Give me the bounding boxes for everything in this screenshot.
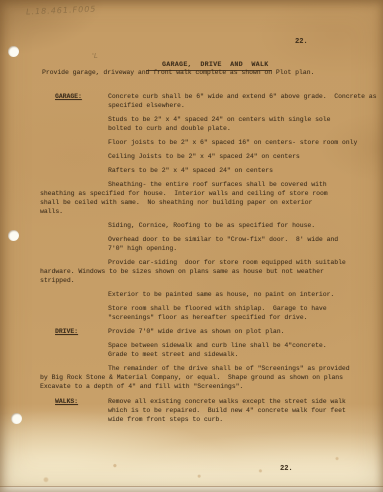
- document-line: Exterior to be painted same as house, no…: [108, 290, 383, 299]
- document-line: Overhead door to be similar to "Crow-fix…: [108, 235, 383, 244]
- document-line: Concrete curb shall be 6" wide and exten…: [108, 92, 383, 101]
- document-line: "screenings" floor as hereafter specifie…: [108, 313, 383, 322]
- document-line: wide from front steps to curb.: [108, 415, 383, 424]
- paragraph: The remainder of the drive shall be of "…: [40, 364, 383, 391]
- document-line: shall be ceiled with same. No sheathing …: [40, 198, 383, 207]
- paragraph: Store room shall be floored with shiplap…: [108, 304, 383, 322]
- page-number-top: 22.: [295, 38, 308, 47]
- spec-section: GARAGE:Concrete curb shall be 6" wide an…: [0, 92, 383, 322]
- document-line: Space between sidewalk and curb line sha…: [108, 341, 383, 350]
- punch-hole-bottom: [11, 413, 22, 424]
- document-line: Studs to be 2" x 4" spaced 24" on center…: [108, 115, 383, 124]
- handwritten-accession-note: L.18.461.F005: [26, 4, 97, 16]
- document-line: Siding, Cornice, Roofing to be as specif…: [108, 221, 383, 230]
- paragraph: Remove all existing concrete walks excep…: [108, 397, 383, 424]
- punch-hole-top: [8, 46, 19, 57]
- document-line: bolted to curb and double plate.: [108, 124, 383, 133]
- document-line: Floor joists to be 2" x 6" spaced 16" on…: [108, 138, 383, 147]
- document-line: Excavate to a depth of 4" and fill with …: [40, 382, 383, 391]
- punch-hole-middle: [8, 230, 19, 241]
- document-line: Grade to meet street and sidewalk.: [108, 350, 383, 359]
- document-sections: GARAGE:Concrete curb shall be 6" wide an…: [0, 92, 383, 429]
- section-label: WALKS:: [55, 397, 78, 406]
- document-line: Rafters to be 2" x 4" spaced 24" on cent…: [108, 166, 383, 175]
- section-label: DRIVE:: [55, 327, 78, 336]
- paragraph: Floor joists to be 2" x 6" spaced 16" on…: [108, 138, 383, 147]
- document-line: Sheathing- the entire roof surfaces shal…: [40, 180, 383, 189]
- pencil-check-mark: 'L: [92, 52, 98, 60]
- document-line: Store room shall be floored with shiplap…: [108, 304, 383, 313]
- document-line: Remove all existing concrete walks excep…: [108, 397, 383, 406]
- document-line: Provide car-siding door for store room e…: [40, 258, 383, 267]
- paragraph: Ceiling Joists to be 2" x 4" spaced 24" …: [108, 152, 383, 161]
- paragraph: Overhead door to be similar to "Crow-fix…: [108, 235, 383, 253]
- document-line: The remainder of the drive shall be of "…: [40, 364, 383, 373]
- intro-line: Provide garage, driveway and front walk …: [42, 68, 314, 77]
- paragraph: Studs to be 2" x 4" spaced 24" on center…: [108, 115, 383, 133]
- page-number-bottom: 22.: [280, 465, 293, 474]
- document-line: walls.: [40, 207, 383, 216]
- spec-section: WALKS:Remove all existing concrete walks…: [0, 397, 383, 424]
- document-line: specified elsewhere.: [108, 101, 383, 110]
- paper-bottom-edge: [0, 486, 383, 492]
- paragraph: Provide 7'0" wide drive as shown on plot…: [108, 327, 383, 336]
- document-line: hardware. Windows to be sizes shown on p…: [40, 267, 383, 276]
- spec-section: DRIVE:Provide 7'0" wide drive as shown o…: [0, 327, 383, 391]
- document-line: 7'0" high opening.: [108, 244, 383, 253]
- paragraph: Rafters to be 2" x 4" spaced 24" on cent…: [108, 166, 383, 175]
- paragraph: Exterior to be painted same as house, no…: [108, 290, 383, 299]
- paragraph: Provide car-siding door for store room e…: [40, 258, 383, 285]
- paragraph: Concrete curb shall be 6" wide and exten…: [108, 92, 383, 110]
- section-label: GARAGE:: [55, 92, 82, 101]
- paragraph: Sheathing- the entire roof surfaces shal…: [40, 180, 383, 216]
- document-line: Ceiling Joists to be 2" x 4" spaced 24" …: [108, 152, 383, 161]
- document-line: Provide 7'0" wide drive as shown on plot…: [108, 327, 383, 336]
- paragraph: Space between sidewalk and curb line sha…: [108, 341, 383, 359]
- paragraph: Siding, Cornice, Roofing to be as specif…: [108, 221, 383, 230]
- scanned-document-page: L.18.461.F005 'L 22. GARAGE, DRIVE AND W…: [0, 0, 383, 492]
- document-line: stripped.: [40, 276, 383, 285]
- document-line: by Big Rock Stone & Material Company, or…: [40, 373, 383, 382]
- document-line: which is to be repaired. Build new 4" co…: [108, 406, 383, 415]
- document-line: sheathing as specified for house. Interi…: [40, 189, 383, 198]
